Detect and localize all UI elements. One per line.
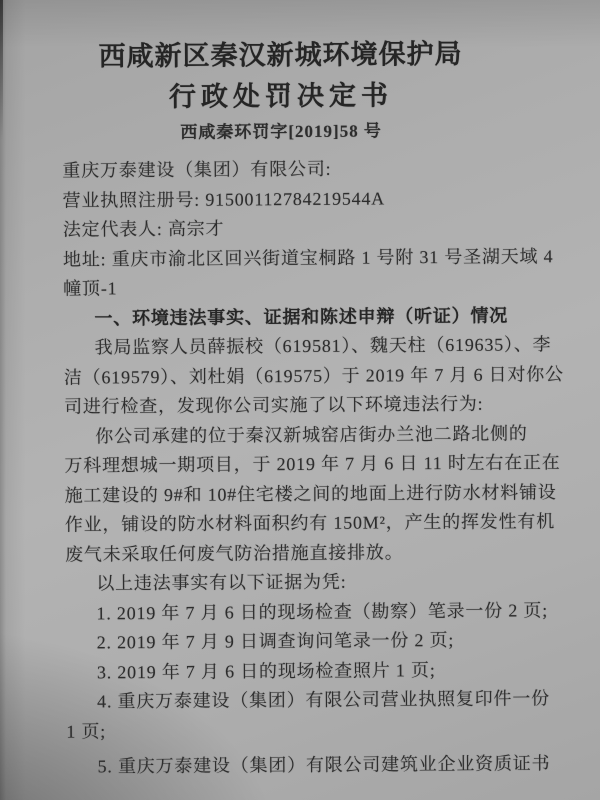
- section-1-heading: 一、环境违法事实、证据和陈述申辩（听证）情况: [63, 301, 549, 334]
- inspection-para-line-3: 司进行检查，发现你公司实施了以下环境违法行为:: [64, 389, 550, 422]
- address-line-1: 地址: 重庆市渝北区回兴街道宝桐路 1 号附 31 号圣湖天域 4: [63, 242, 549, 275]
- document-content: 西咸新区秦汉新城环境保护局 行政处罚决定书 西咸秦环罚字[2019]58 号 重…: [0, 0, 600, 800]
- license-number-line: 营业执照注册号: 91500112784219544A: [63, 183, 549, 216]
- evidence-intro-line: 以上违法事实有以下证据为凭:: [65, 566, 551, 599]
- legal-rep-line: 法定代表人: 高宗才: [63, 212, 549, 245]
- document-photo: 西咸新区秦汉新城环境保护局 行政处罚决定书 西咸秦环罚字[2019]58 号 重…: [0, 0, 600, 800]
- document-number: 西咸秦环罚字[2019]58 号: [0, 115, 581, 144]
- evidence-item-1: 1. 2019 年 7 月 6 日的现场检查（勘察）笔录一份 2 页;: [65, 596, 551, 629]
- violation-para-line-5: 废气未采取任何废气防治措施直接排放。: [65, 537, 551, 570]
- violation-para-line-3: 施工建设的 9#和 10#住宅楼之间的地面上进行防水材料铺设: [65, 478, 551, 511]
- agency-title: 西咸新区秦汉新城环境保护局: [0, 31, 581, 74]
- evidence-item-3: 3. 2019 年 7 月 6 日的现场检查照片 1 页;: [66, 655, 552, 688]
- violation-para-line-2: 万科理想城一期项目，于 2019 年 7 月 6 日 11 时左右在正在: [64, 448, 550, 481]
- violation-para-line-1: 你公司承建的位于秦汉新城窑店街办兰池二路北侧的: [64, 419, 550, 452]
- evidence-item-2: 2. 2019 年 7 月 9 日调查询问笔录一份 2 页;: [66, 625, 552, 658]
- document-body: 重庆万泰建设（集团）有限公司: 营业执照注册号: 915001127842195…: [62, 153, 552, 782]
- evidence-item-4-line-2: 1 页;: [66, 714, 552, 747]
- document-title: 行政处罚决定书: [0, 72, 581, 115]
- violation-para-line-4: 作业，铺设的防水材料面积约有 150M²，产生的挥发性有机: [65, 507, 551, 540]
- evidence-item-5-line-1: 5. 重庆万泰建设（集团）有限公司建筑业企业资质证书: [66, 749, 552, 782]
- recipient-company-line: 重庆万泰建设（集团）有限公司:: [62, 153, 548, 186]
- address-line-2: 幢顶-1: [63, 271, 549, 304]
- inspection-para-line-1: 我局监察人员薛振校（619581）、魏天柱（619635）、李: [64, 330, 550, 363]
- inspection-para-line-2: 洁（619579）、刘杜娟（619575）于 2019 年 7 月 6 日对你公: [64, 360, 550, 393]
- evidence-item-4-line-1: 4. 重庆万泰建设（集团）有限公司营业执照复印件一份: [66, 684, 552, 717]
